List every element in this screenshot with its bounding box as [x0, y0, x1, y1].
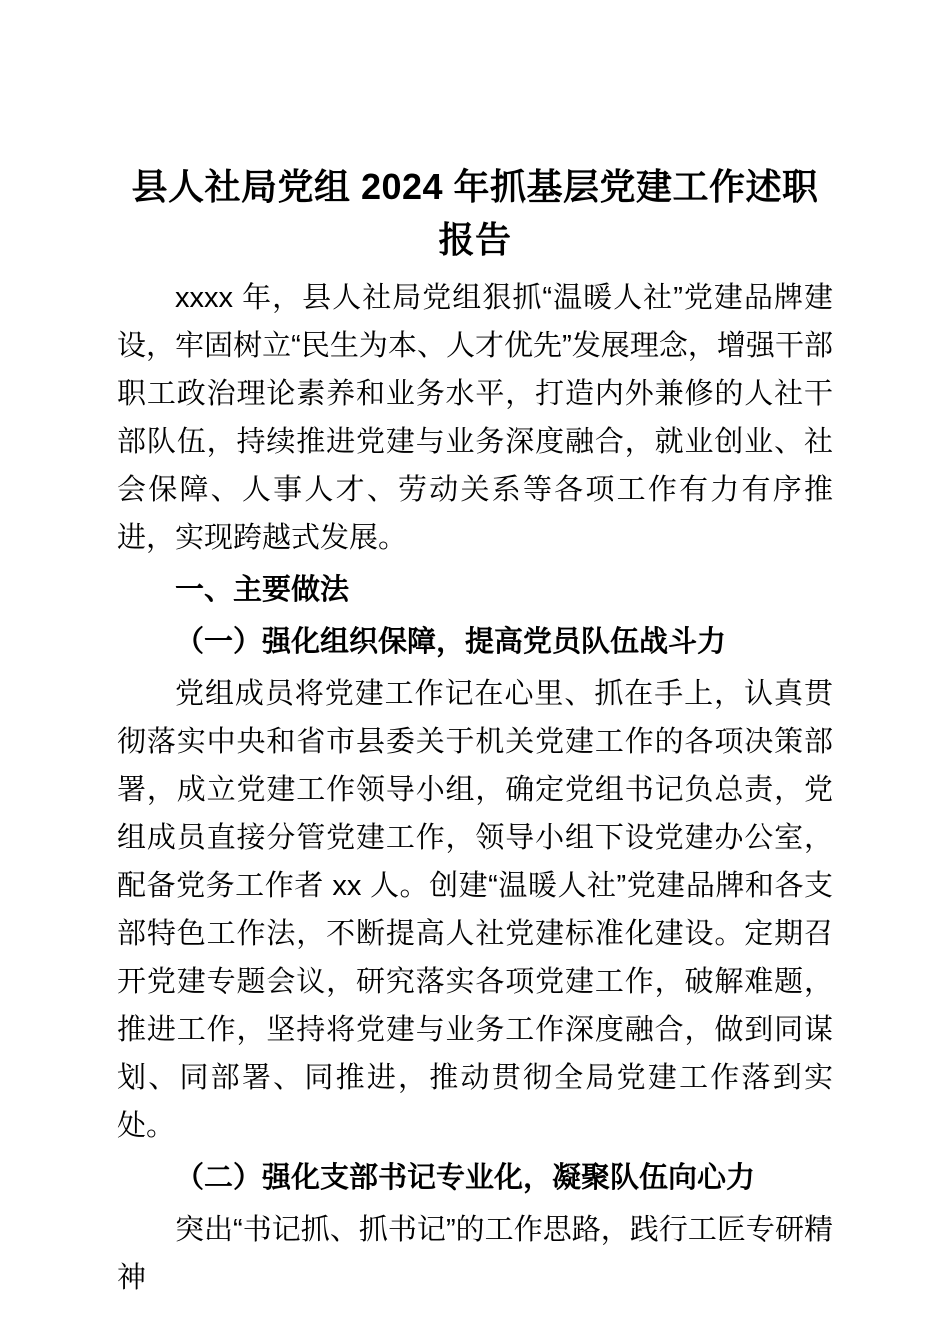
paragraph-branch-secretary-partial: 突出“书记抓、抓书记”的工作思路，践行工匠专研精神: [117, 1206, 833, 1302]
intro-paragraph: xxxx 年，县人社局党组狠抓“温暖人社”党建品牌建设，牢固树立“民生为本、人才…: [117, 274, 833, 562]
subsection-heading-organizational-guarantee: （一）强化组织保障，提高党员队伍战斗力: [117, 618, 833, 666]
document-title: 县人社局党组 2024 年抓基层党建工作述职报告: [117, 160, 833, 266]
document-page: 县人社局党组 2024 年抓基层党建工作述职报告 xxxx 年，县人社局党组狠抓…: [0, 0, 950, 1344]
paragraph-organizational-guarantee: 党组成员将党建工作记在心里、抓在手上，认真贯彻落实中央和省市县委关于机关党建工作…: [117, 670, 833, 1150]
subsection-heading-branch-secretary: （二）强化支部书记专业化，凝聚队伍向心力: [117, 1154, 833, 1202]
section-heading-main-approaches: 一、主要做法: [117, 566, 833, 614]
